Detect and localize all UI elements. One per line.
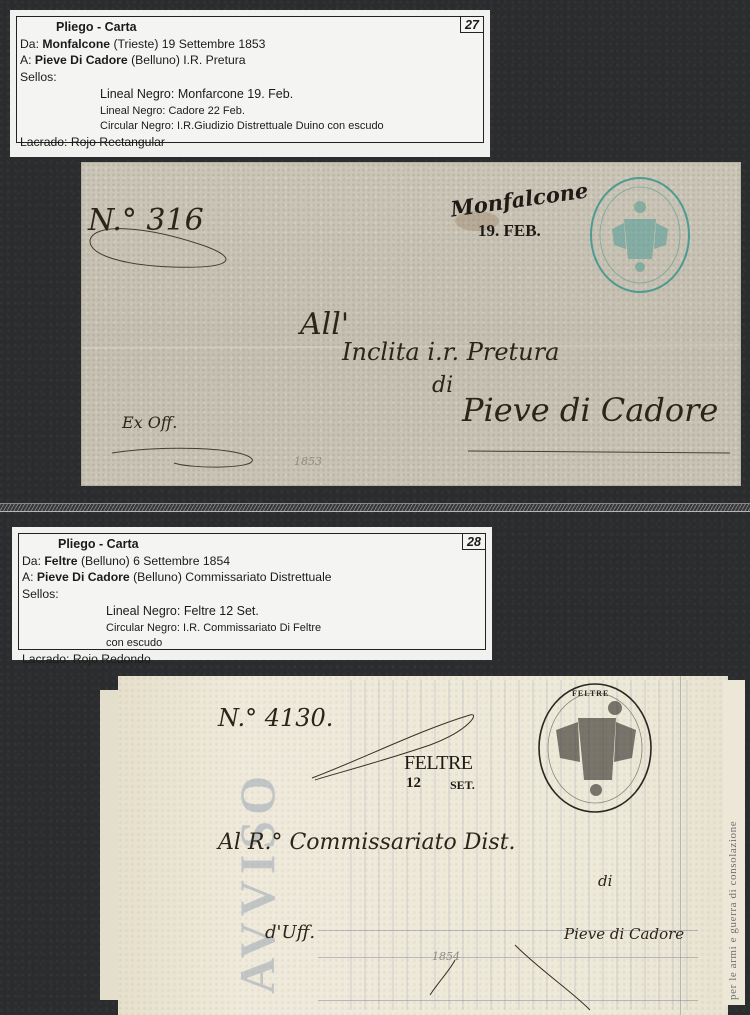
- origin-line: Da: Monfalcone (Trieste) 19 Settembre 18…: [20, 36, 479, 53]
- destination-prefix: A:: [22, 570, 37, 584]
- address-line-3: di: [432, 373, 453, 398]
- description-label-28: 28 Pliego - Carta Da: Feltre (Belluno) 6…: [12, 527, 492, 660]
- destination-line: A: Pieve Di Cadore (Belluno) I.R. Pretur…: [20, 52, 479, 69]
- seal-line: Lacrado: Rojo Rectangular: [20, 134, 479, 151]
- form-rule: [680, 676, 681, 1015]
- lineal-handstamp-town: FELTRE: [404, 752, 473, 775]
- form-rule: [318, 957, 698, 958]
- description-label-27: 27 Pliego - Carta Da: Monfalcone (Triest…: [10, 10, 490, 157]
- office-note: d'Uff.: [265, 922, 315, 943]
- stamp-list: Lineal Negro: Feltre 12 Set. Circular Ne…: [22, 602, 481, 651]
- label-frame: 27 Pliego - Carta Da: Monfalcone (Triest…: [16, 16, 484, 143]
- origin-place: Feltre: [44, 554, 77, 568]
- destination-prefix: A:: [20, 53, 35, 67]
- origin-prefix: Da:: [22, 554, 44, 568]
- destination-place: Pieve Di Cadore: [35, 53, 128, 67]
- origin-prefix: Da:: [20, 37, 42, 51]
- destination-details: (Belluno) Commissariato Distrettuale: [130, 570, 332, 584]
- lineal-handstamp-date: 19. FEB.: [478, 221, 541, 241]
- printed-heading-avviso: AVVISO: [228, 770, 286, 994]
- lineal-handstamp-day: 12: [406, 775, 421, 792]
- stamp-entry: Circular Negro: I.R. Commissariato Di Fe…: [106, 621, 481, 636]
- destination-line: A: Pieve Di Cadore (Belluno) Commissaria…: [22, 569, 481, 586]
- stamps-heading: Sellos:: [22, 586, 481, 603]
- pencil-year-note: 1853: [294, 455, 322, 468]
- seal-line: Lacrado: Rojo Redondo: [22, 651, 481, 668]
- destination-place: Pieve Di Cadore: [37, 570, 130, 584]
- item-number: 28: [462, 533, 486, 550]
- stamp-entry: Circular Negro: I.R.Giudizio Distrettual…: [100, 119, 479, 134]
- item-title: Pliego - Carta: [20, 19, 479, 36]
- item-number: 27: [460, 16, 484, 33]
- address-line-3: Pieve di Cadore: [564, 925, 684, 943]
- label-frame: 28 Pliego - Carta Da: Feltre (Belluno) 6…: [18, 533, 486, 650]
- origin-line: Da: Feltre (Belluno) 6 Settembre 1854: [22, 553, 481, 570]
- official-endorsement: Ex Off.: [122, 413, 177, 432]
- origin-details: (Belluno) 6 Settembre 1854: [78, 554, 230, 568]
- lineal-handstamp-month: SET.: [450, 778, 475, 793]
- cover-image-27: N.° 316 Monfalcone 19. FEB. All' Inclita…: [82, 163, 740, 485]
- item-title: Pliego - Carta: [22, 536, 481, 553]
- form-rule: [318, 1000, 698, 1001]
- stamps-heading: Sellos:: [20, 69, 479, 86]
- stamp-entry: Lineal Negro: Cadore 22 Feb.: [100, 104, 479, 119]
- origin-place: Monfalcone: [42, 37, 110, 51]
- address-line-2: di: [598, 872, 612, 890]
- address-line-1: Al R.° Commissariato Dist.: [218, 830, 516, 855]
- address-line-4: Pieve di Cadore: [462, 391, 718, 429]
- stamp-entry: con escudo: [106, 636, 481, 651]
- cover-reference-number: N.° 316: [88, 203, 204, 238]
- seal-top-text: FELTRE: [572, 689, 609, 698]
- printed-side-text: per le armi e guerra di consolazione: [727, 720, 739, 1000]
- stamp-list: Lineal Negro: Monfarcone 19. Feb. Lineal…: [20, 85, 479, 134]
- address-line-2: Inclita i.r. Pretura: [342, 338, 559, 366]
- destination-details: (Belluno) I.R. Pretura: [128, 53, 246, 67]
- origin-details: (Trieste) 19 Settembre 1853: [110, 37, 265, 51]
- circular-seal-duino-icon: [590, 177, 690, 293]
- pencil-year-note: 1854: [432, 950, 460, 963]
- cover-reference-number: N.° 4130.: [218, 704, 333, 732]
- address-line-1: All': [300, 307, 349, 342]
- stamp-entry: Lineal Negro: Monfarcone 19. Feb.: [100, 85, 479, 104]
- mount-strip: [0, 503, 750, 512]
- stamp-entry: Lineal Negro: Feltre 12 Set.: [106, 602, 481, 621]
